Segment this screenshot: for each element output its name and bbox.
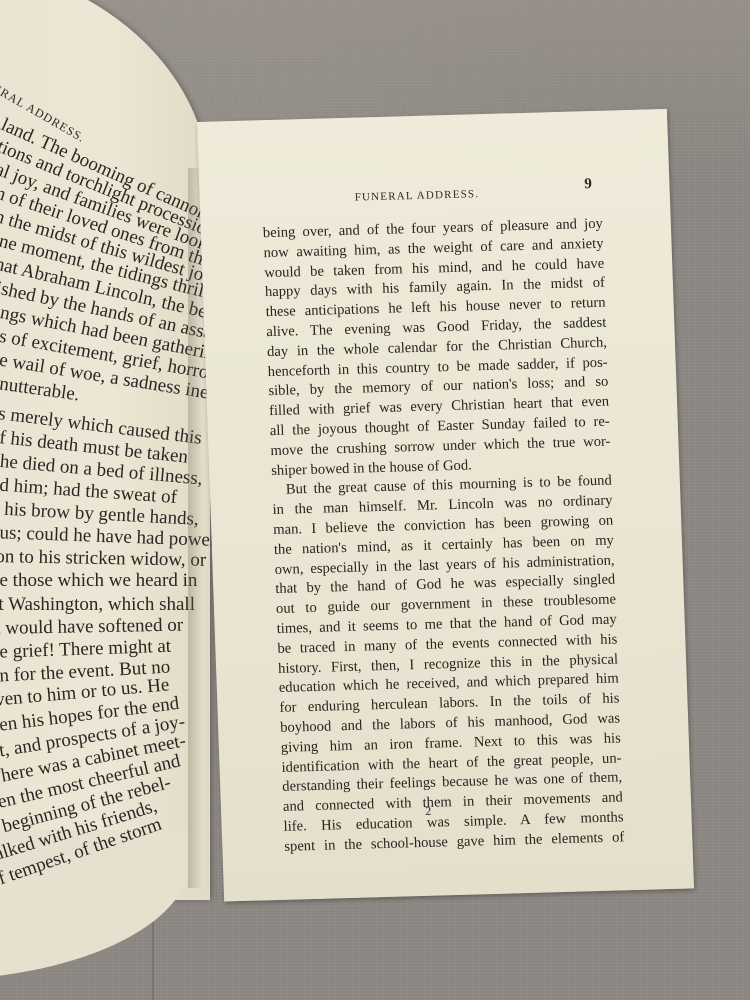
left-line: ke those which we heard in bbox=[0, 570, 197, 592]
page-number: 9 bbox=[584, 176, 592, 193]
right-page: FUNERAL ADDRESS. 9 being over, and of th… bbox=[197, 109, 694, 902]
body-text: being over, and of the four years of ple… bbox=[263, 215, 625, 858]
book-gutter bbox=[188, 168, 202, 888]
signature-mark: 2 bbox=[425, 804, 432, 819]
left-line: at Washington, which shall bbox=[0, 594, 195, 616]
running-head: FUNERAL ADDRESS. bbox=[355, 188, 480, 203]
left-line: ion to his stricken widow, or bbox=[0, 546, 206, 572]
